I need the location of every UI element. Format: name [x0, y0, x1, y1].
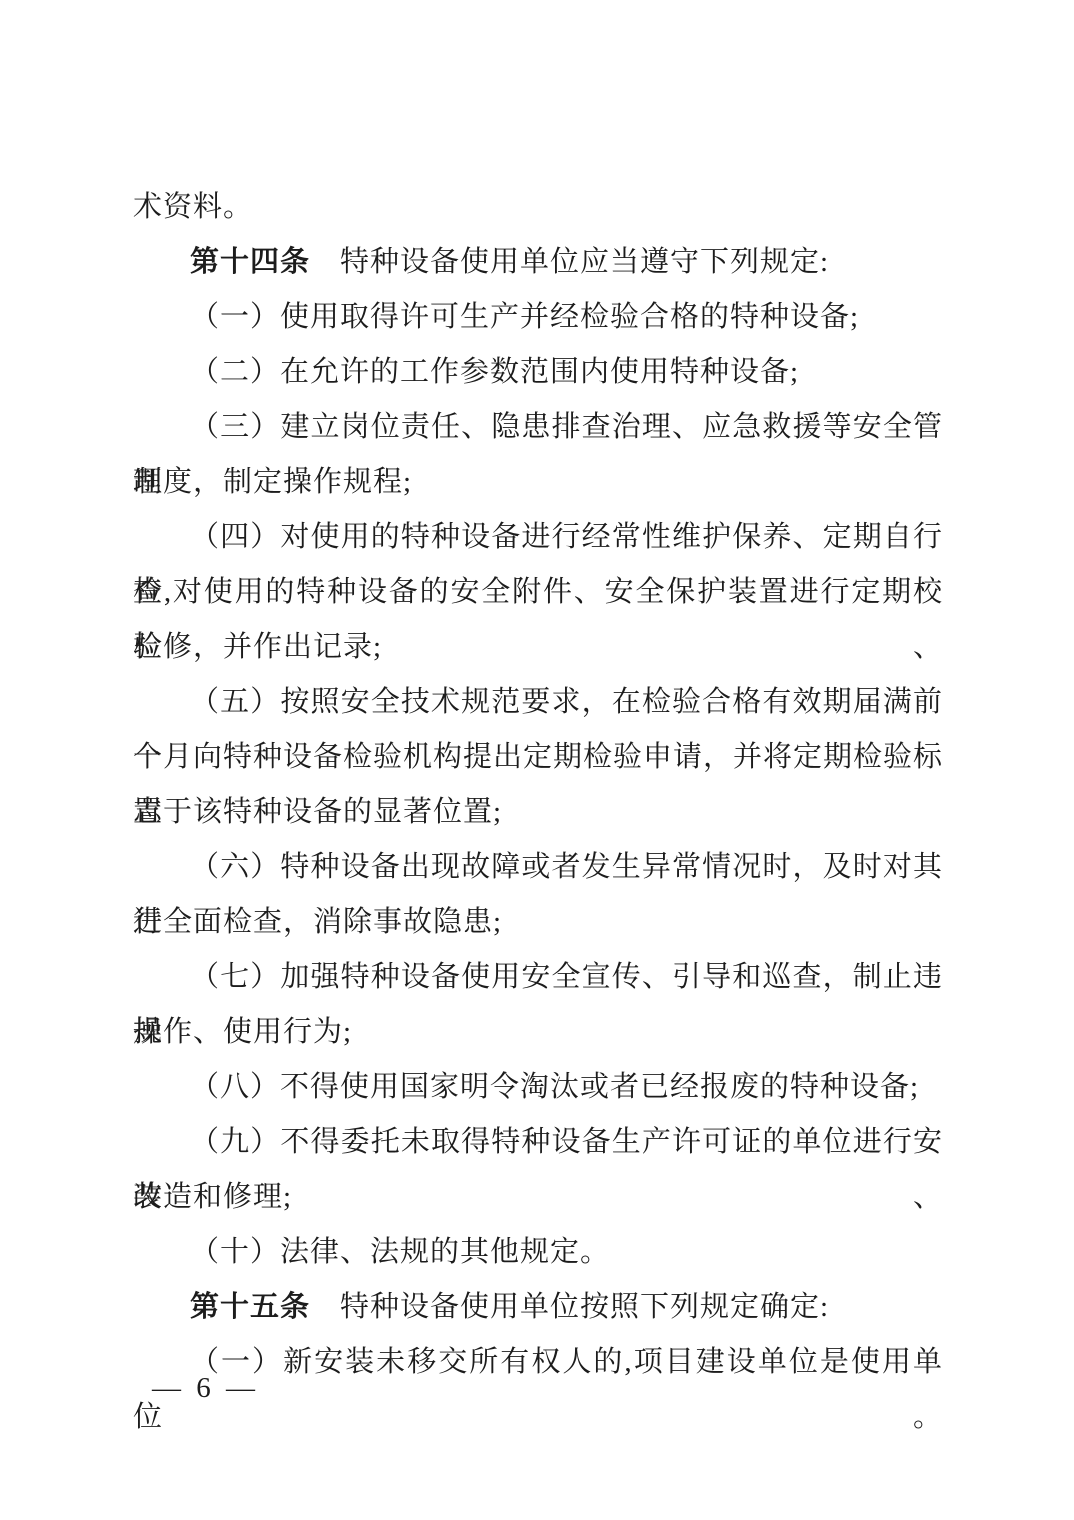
- text-line: 行全面检查，消除事故隐患;: [133, 895, 943, 950]
- text-line: （十）法律、法规的其他规定。: [133, 1225, 943, 1280]
- line-text: 行全面检查，消除事故隐患;: [133, 906, 502, 938]
- text-line: 第十五条 特种设备使用单位按照下列规定确定:: [133, 1280, 943, 1335]
- text-line: （三）建立岗位责任、隐患排查治理、应急救援等安全管理: [133, 400, 943, 455]
- line-text: 术资料。: [133, 191, 253, 223]
- text-line: （八）不得使用国家明令淘汰或者已经报废的特种设备;: [133, 1060, 943, 1115]
- text-line: （七）加强特种设备使用安全宣传、引导和巡查，制止违规: [133, 950, 943, 1005]
- article-number: 第十五条: [190, 1291, 310, 1323]
- document-page: { "page": { "background": "#ffffff", "te…: [0, 0, 1074, 1520]
- text-line: 置于该特种设备的显著位置;: [133, 785, 943, 840]
- line-text: （十）法律、法规的其他规定。: [190, 1236, 610, 1268]
- line-text: 制度，制定操作规程;: [133, 466, 412, 498]
- text-line: 术资料。: [133, 180, 943, 235]
- document-body: 术资料。第十四条 特种设备使用单位应当遵守下列规定:（一）使用取得许可生产并经检…: [133, 180, 943, 1390]
- text-line: （五）按照安全技术规范要求，在检验合格有效期届满前一: [133, 675, 943, 730]
- line-text: （八）不得使用国家明令淘汰或者已经报废的特种设备;: [190, 1071, 919, 1103]
- text-line: 第十四条 特种设备使用单位应当遵守下列规定:: [133, 235, 943, 290]
- line-text: （二）在允许的工作参数范围内使用特种设备;: [190, 356, 799, 388]
- line-text: （一）使用取得许可生产并经检验合格的特种设备;: [190, 301, 859, 333]
- text-line: （一）使用取得许可生产并经检验合格的特种设备;: [133, 290, 943, 345]
- line-text: 特种设备使用单位应当遵守下列规定:: [310, 246, 829, 278]
- line-text: 置于该特种设备的显著位置;: [133, 796, 502, 828]
- line-text: 特种设备使用单位按照下列规定确定:: [310, 1291, 829, 1323]
- text-line: 个月向特种设备检验机构提出定期检验申请，并将定期检验标志: [133, 730, 943, 785]
- text-line: （六）特种设备出现故障或者发生异常情况时，及时对其进: [133, 840, 943, 895]
- text-line: （四）对使用的特种设备进行经常性维护保养、定期自行检: [133, 510, 943, 565]
- text-line: （二）在允许的工作参数范围内使用特种设备;: [133, 345, 943, 400]
- text-line: 制度，制定操作规程;: [133, 455, 943, 510]
- text-line: （九）不得委托未取得特种设备生产许可证的单位进行安装、: [133, 1115, 943, 1170]
- page-number: — 6 —: [152, 1368, 259, 1408]
- text-line: 查,对使用的特种设备的安全附件、安全保护装置进行定期校验、: [133, 565, 943, 620]
- line-text: 操作、使用行为;: [133, 1016, 352, 1048]
- line-text: 改造和修理;: [133, 1181, 292, 1213]
- text-line: 操作、使用行为;: [133, 1005, 943, 1060]
- article-number: 第十四条: [190, 246, 310, 278]
- line-text: 检修，并作出记录;: [133, 631, 382, 663]
